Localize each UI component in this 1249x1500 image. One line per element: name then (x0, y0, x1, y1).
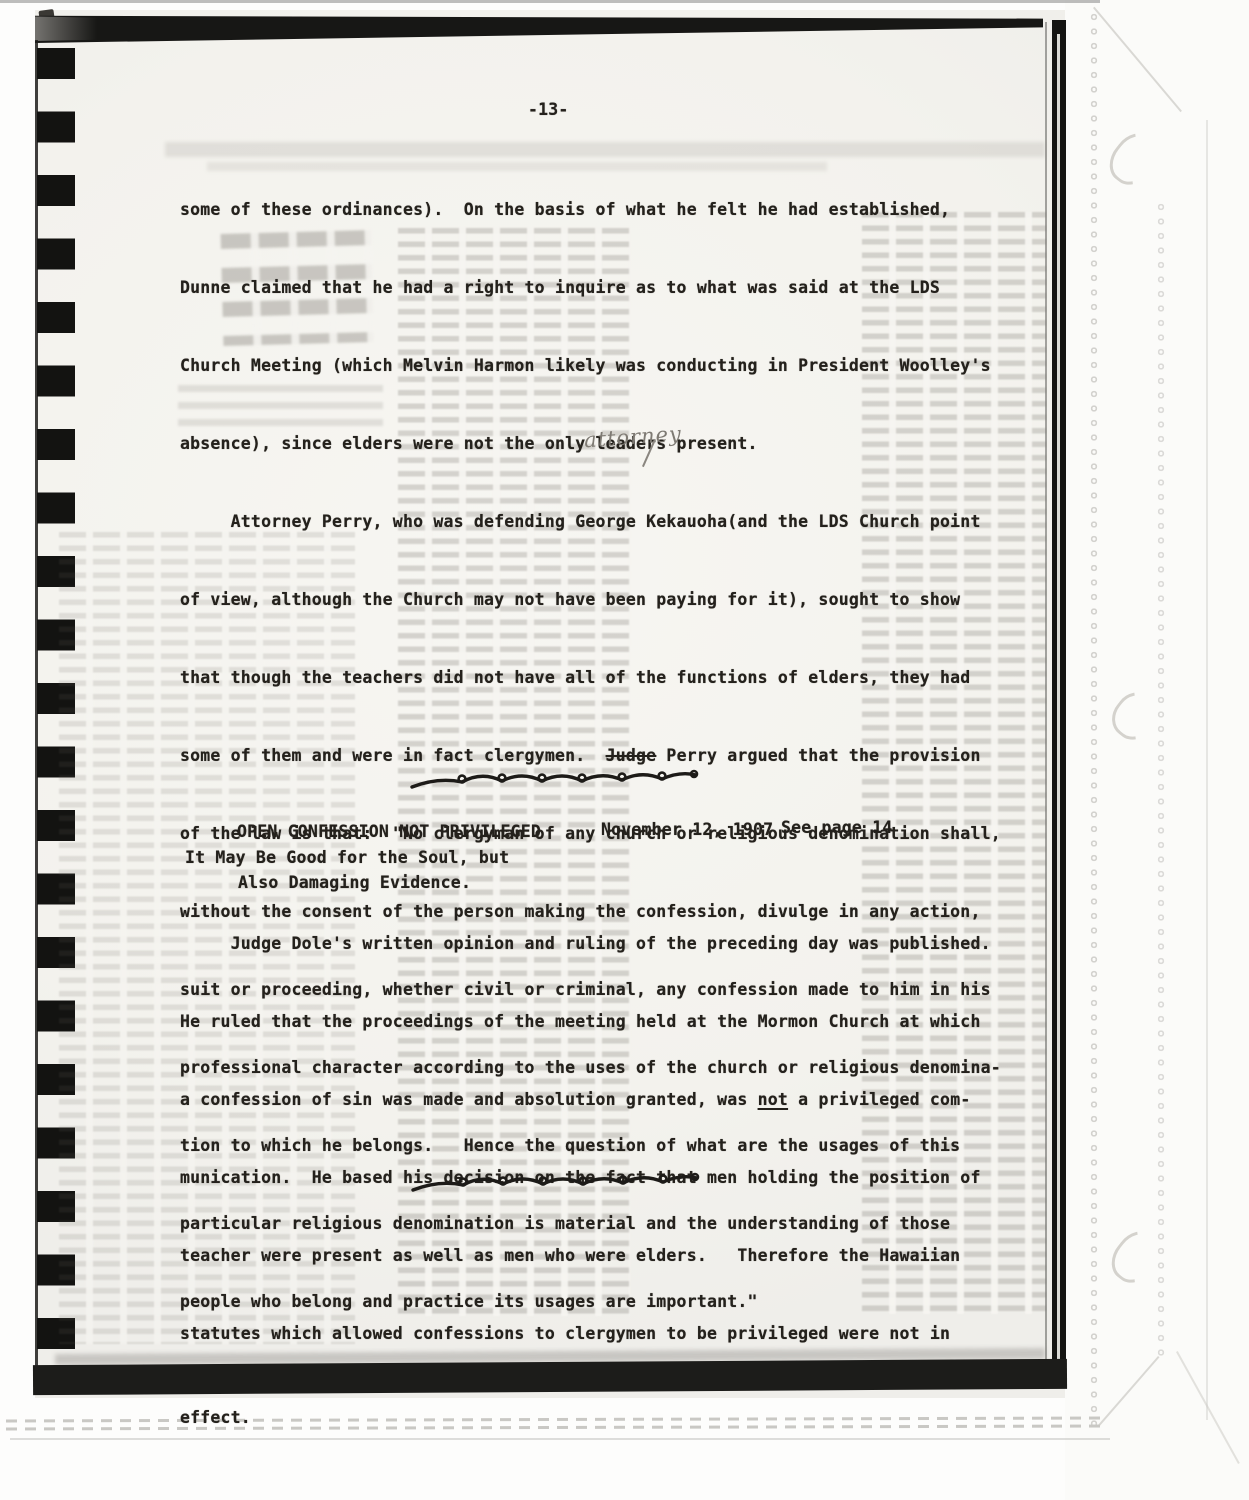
typed-line: Attorney Perry, who was defending George… (180, 502, 1001, 542)
typed-line: that though the teachers did not have al… (180, 658, 1001, 698)
scan-edge-line (0, 0, 1100, 3)
struck-word: Judge (606, 746, 657, 765)
typed-segment: a privileged com- (788, 1090, 970, 1109)
typed-line: Church Meeting (which Melvin Harmon like… (180, 346, 1001, 386)
typed-line: effect. (180, 1398, 991, 1438)
perforation-column-inner (1154, 200, 1169, 1356)
typed-segment: Perry argued that the provision (656, 746, 980, 765)
section-date: November 12, 1907 (601, 820, 773, 839)
page-number: -13- (528, 100, 569, 119)
typed-line: Judge Dole's written opinion and ruling … (180, 924, 991, 964)
perforation-column-outer (1087, 10, 1102, 1428)
scan-shadow-top (35, 14, 1043, 43)
section-see-page: See page 14 (781, 818, 892, 837)
typed-line: Dunne claimed that he had a right to inq… (180, 268, 1001, 308)
typed-line: some of these ordinances). On the basis … (180, 190, 1001, 230)
protector-right-edge (1206, 120, 1208, 1420)
typed-line: teacher were present as well as men who … (180, 1236, 991, 1276)
typed-segment: a confession of sin was made and absolut… (180, 1090, 758, 1109)
scan-shadow-right-gap (1057, 34, 1060, 1374)
typed-segment: some of them and were in fact clergymen. (180, 746, 606, 765)
photocopy-page: -13- some of these ordinances). On the b… (35, 10, 1065, 1398)
scanned-document: -13- some of these ordinances). On the b… (0, 0, 1249, 1500)
typed-line: statutes which allowed confessions to cl… (180, 1314, 991, 1354)
hand-drawn-divider (408, 766, 700, 796)
typed-line: He ruled that the proceedings of the mee… (180, 1002, 991, 1042)
underlined-word: not (758, 1090, 788, 1109)
typed-line-with-underline: a confession of sin was made and absolut… (180, 1080, 991, 1120)
section-subtitle: It May Be Good for the Soul, but (185, 848, 509, 867)
section-title: OPEN CONFESSION NOT PRIVILEGED (237, 822, 541, 841)
typed-line: of view, although the Church may not hav… (180, 580, 1001, 620)
hand-drawn-divider (409, 1168, 701, 1198)
scan-shadow-top-gray (35, 15, 97, 41)
